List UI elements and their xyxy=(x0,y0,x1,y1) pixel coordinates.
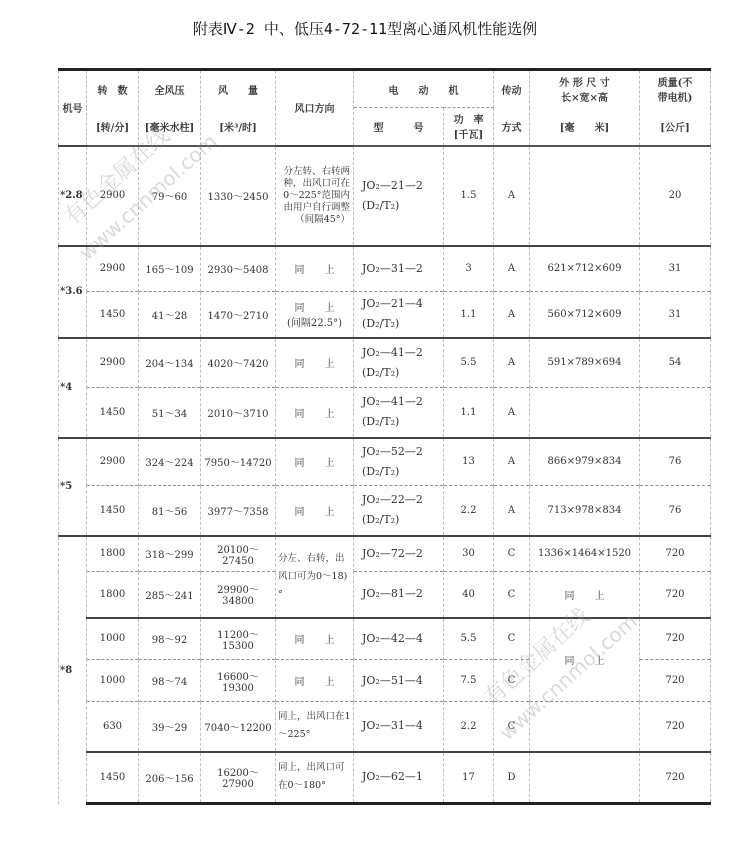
machine-no-cell: *2.8 xyxy=(59,146,87,246)
flow-cell: 29900～34800 xyxy=(201,572,276,618)
drive-cell: A xyxy=(494,146,530,246)
power-cell: 3 xyxy=(444,246,494,292)
power-cell: 2.2 xyxy=(444,702,494,752)
header-drive2: 方式 xyxy=(494,108,530,146)
speed-cell: 2900 xyxy=(87,246,139,292)
dims-subtitle: 长×宽×高 xyxy=(561,93,608,104)
flow-cell: 7040～12200 xyxy=(201,702,276,752)
outlet-cell: 同 上 xyxy=(276,618,354,660)
drive-cell: C xyxy=(494,618,530,660)
motor-model-cell: JO₂—22—2(D₂/T₂) xyxy=(354,486,444,536)
motor-model-cell: JO₂—41—2(D₂/T₂) xyxy=(354,338,444,388)
table-row: 100098～9211200～15300同 上JO₂—42—45.5C同 上72… xyxy=(59,618,711,660)
power-cell: 5.5 xyxy=(444,618,494,660)
speed-cell: 1000 xyxy=(87,660,139,702)
speed-cell: 1450 xyxy=(87,486,139,536)
header-outlet: 风口方向 xyxy=(276,70,354,146)
power-cell: 1.1 xyxy=(444,388,494,438)
header-dims: 外 形 尺 寸长×宽×高 xyxy=(530,70,640,108)
dims-cell xyxy=(530,702,640,752)
table-row: 63039～297040～12200同上，出风口在1～225°JO₂—31—42… xyxy=(59,702,711,752)
table-row: *81800318～29920100～27450分左、右转，出风口可为0～18)… xyxy=(59,536,711,572)
dims-cell: 866×979×834 xyxy=(530,438,640,486)
table-row: 1800285～24129900～34800JO₂—81—240C同 上720 xyxy=(59,572,711,618)
drive-cell: A xyxy=(494,438,530,486)
mass-title: 质量(不 xyxy=(658,78,693,89)
header-speed-unit: [转/分] xyxy=(87,108,139,146)
power-cell: 1.1 xyxy=(444,292,494,338)
drive-cell: C xyxy=(494,702,530,752)
flow-cell: 1470～2710 xyxy=(201,292,276,338)
mass-cell: 720 xyxy=(640,702,711,752)
table-row: *2.8290079～601330～2450分左转、右转两种，出风口可在0～22… xyxy=(59,146,711,246)
mass-cell: 720 xyxy=(640,618,711,660)
pressure-cell: 51～34 xyxy=(139,388,201,438)
flow-cell: 16600～19300 xyxy=(201,660,276,702)
dims-cell: 同 上 xyxy=(530,618,640,702)
header-mass-unit: [公斤] xyxy=(640,108,711,146)
drive-cell: A xyxy=(494,292,530,338)
power-cell: 1.5 xyxy=(444,146,494,246)
motor-model-cell: JO₂—62—1 xyxy=(354,752,444,804)
motor-model-cell: JO₂—51—4 xyxy=(354,660,444,702)
header-mass: 质量(不带电机) xyxy=(640,70,711,108)
mass-cell: 720 xyxy=(640,752,711,804)
flow-cell: 16200～27900 xyxy=(201,752,276,804)
table-row: 145041～281470～2710同 上(间隔22.5°)JO₂—21—4(D… xyxy=(59,292,711,338)
header-pressure-unit: [毫米水柱] xyxy=(139,108,201,146)
power-title: 功 率 xyxy=(454,115,484,126)
flow-cell: 3977～7358 xyxy=(201,486,276,536)
power-cell: 7.5 xyxy=(444,660,494,702)
mass-cell xyxy=(640,388,711,438)
drive-cell: C xyxy=(494,660,530,702)
motor-model-cell: JO₂—31—4 xyxy=(354,702,444,752)
outlet-cell: 同 上 xyxy=(276,486,354,536)
header-pressure: 全风压 xyxy=(139,70,201,108)
power-cell: 40 xyxy=(444,572,494,618)
dims-cell: 同 上 xyxy=(530,572,640,618)
mass-cell: 54 xyxy=(640,338,711,388)
outlet-cell: 同 上(间隔22.5°) xyxy=(276,292,354,338)
mass-cell: 20 xyxy=(640,146,711,246)
header-speed: 转 数 xyxy=(87,70,139,108)
pressure-cell: 79～60 xyxy=(139,146,201,246)
drive-cell: A xyxy=(494,388,530,438)
dims-cell xyxy=(530,388,640,438)
flow-cell: 4020～7420 xyxy=(201,338,276,388)
pressure-cell: 98～74 xyxy=(139,660,201,702)
motor-model-cell: JO₂—52—2(D₂/T₂) xyxy=(354,438,444,486)
dims-title: 外 形 尺 寸 xyxy=(559,78,609,89)
outlet-cell: 分左转、右转两种，出风口可在0～225°范围内由用户自行调整（间隔45°） xyxy=(276,146,354,246)
pressure-cell: 285～241 xyxy=(139,572,201,618)
mass-cell: 76 xyxy=(640,438,711,486)
motor-model-cell: JO₂—21—4(D₂/T₂) xyxy=(354,292,444,338)
drive-cell: C xyxy=(494,536,530,572)
drive-cell: A xyxy=(494,246,530,292)
header-motor: 电 动 机 xyxy=(354,70,494,108)
pressure-cell: 39～29 xyxy=(139,702,201,752)
drive-cell: A xyxy=(494,338,530,388)
machine-no-cell: *8 xyxy=(59,536,87,804)
mass-cell: 720 xyxy=(640,536,711,572)
motor-model-cell: JO₂—42—4 xyxy=(354,618,444,660)
mass-cell: 31 xyxy=(640,246,711,292)
power-unit: [千瓦] xyxy=(454,130,483,141)
drive-cell: C xyxy=(494,572,530,618)
dims-cell: 591×789×694 xyxy=(530,338,640,388)
speed-cell: 1800 xyxy=(87,572,139,618)
header-flow: 风 量 xyxy=(201,70,276,108)
motor-model-cell: JO₂—72—2 xyxy=(354,536,444,572)
outlet-cell: 分左、右转，出风口可为0～18)° xyxy=(276,536,354,618)
pressure-cell: 204～134 xyxy=(139,338,201,388)
header-flow-unit: [米³/时] xyxy=(201,108,276,146)
mass-title2: 带电机) xyxy=(658,93,693,104)
outlet-cell: 同 上 xyxy=(276,438,354,486)
mass-cell: 31 xyxy=(640,292,711,338)
speed-cell: 1000 xyxy=(87,618,139,660)
pressure-cell: 98～92 xyxy=(139,618,201,660)
machine-no-cell: *3.6 xyxy=(59,246,87,338)
header-motor-model: 型 号 xyxy=(354,108,444,146)
speed-cell: 1450 xyxy=(87,292,139,338)
table-row: *42900204～1344020～7420同 上JO₂—41—2(D₂/T₂)… xyxy=(59,338,711,388)
drive-cell: A xyxy=(494,486,530,536)
speed-cell: 1450 xyxy=(87,388,139,438)
speed-cell: 630 xyxy=(87,702,139,752)
pressure-cell: 81～56 xyxy=(139,486,201,536)
header-drive: 传动 xyxy=(494,70,530,108)
table-body: *2.8290079～601330～2450分左转、右转两种，出风口可在0～22… xyxy=(59,146,711,804)
table-row: 1450206～15616200～27900同上，出风口可在0～180°JO₂—… xyxy=(59,752,711,804)
pressure-cell: 324～224 xyxy=(139,438,201,486)
pressure-cell: 318～299 xyxy=(139,536,201,572)
mass-cell: 76 xyxy=(640,486,711,536)
speed-cell: 1450 xyxy=(87,752,139,804)
power-cell: 13 xyxy=(444,438,494,486)
dims-cell: 1336×1464×1520 xyxy=(530,536,640,572)
mass-cell: 720 xyxy=(640,660,711,702)
motor-model-cell: JO₂—81—2 xyxy=(354,572,444,618)
dims-cell xyxy=(530,146,640,246)
outlet-cell: 同上，出风口在1～225° xyxy=(276,702,354,752)
fan-performance-table: 机号 转 数 全风压 风 量 风口方向 电 动 机 传动 外 形 尺 寸长×宽×… xyxy=(58,68,710,805)
outlet-cell: 同 上 xyxy=(276,660,354,702)
table-row: *3.62900165～1092930～5408同 上JO₂—31—23A621… xyxy=(59,246,711,292)
outlet-cell: 同 上 xyxy=(276,246,354,292)
power-cell: 5.5 xyxy=(444,338,494,388)
pressure-cell: 165～109 xyxy=(139,246,201,292)
dims-cell: 560×712×609 xyxy=(530,292,640,338)
header-machine-no: 机号 xyxy=(59,70,87,146)
speed-cell: 1800 xyxy=(87,536,139,572)
outlet-cell: 同上，出风口可在0～180° xyxy=(276,752,354,804)
speed-cell: 2900 xyxy=(87,146,139,246)
speed-cell: 2900 xyxy=(87,438,139,486)
flow-cell: 1330～2450 xyxy=(201,146,276,246)
table-row: 145081～563977～7358同 上JO₂—22—2(D₂/T₂)2.2A… xyxy=(59,486,711,536)
flow-cell: 11200～15300 xyxy=(201,618,276,660)
outlet-cell: 同 上 xyxy=(276,338,354,388)
dims-cell xyxy=(530,752,640,804)
speed-cell: 2900 xyxy=(87,338,139,388)
page-title: 附表Ⅳ-2 中、低压4-72-11型离心通风机性能选例 xyxy=(0,18,730,39)
motor-model-cell: JO₂—21—2(D₂/T₂) xyxy=(354,146,444,246)
dims-cell: 713×978×834 xyxy=(530,486,640,536)
flow-cell: 20100～27450 xyxy=(201,536,276,572)
table-row: *52900324～2247950～14720同 上JO₂—52—2(D₂/T₂… xyxy=(59,438,711,486)
machine-no-cell: *5 xyxy=(59,438,87,536)
flow-cell: 2930～5408 xyxy=(201,246,276,292)
pressure-cell: 41～28 xyxy=(139,292,201,338)
motor-model-cell: JO₂—41—2(D₂/T₂) xyxy=(354,388,444,438)
machine-no-cell: *4 xyxy=(59,338,87,438)
header-motor-power: 功 率[千瓦] xyxy=(444,108,494,146)
mass-cell: 720 xyxy=(640,572,711,618)
flow-cell: 2010～3710 xyxy=(201,388,276,438)
flow-cell: 7950～14720 xyxy=(201,438,276,486)
table-row: 145051～342010～3710同 上JO₂—41—2(D₂/T₂)1.1A xyxy=(59,388,711,438)
power-cell: 2.2 xyxy=(444,486,494,536)
dims-cell: 621×712×609 xyxy=(530,246,640,292)
outlet-cell: 同 上 xyxy=(276,388,354,438)
power-cell: 17 xyxy=(444,752,494,804)
motor-model-cell: JO₂—31—2 xyxy=(354,246,444,292)
power-cell: 30 xyxy=(444,536,494,572)
header-dims-unit: [毫 米] xyxy=(530,108,640,146)
drive-cell: D xyxy=(494,752,530,804)
pressure-cell: 206～156 xyxy=(139,752,201,804)
